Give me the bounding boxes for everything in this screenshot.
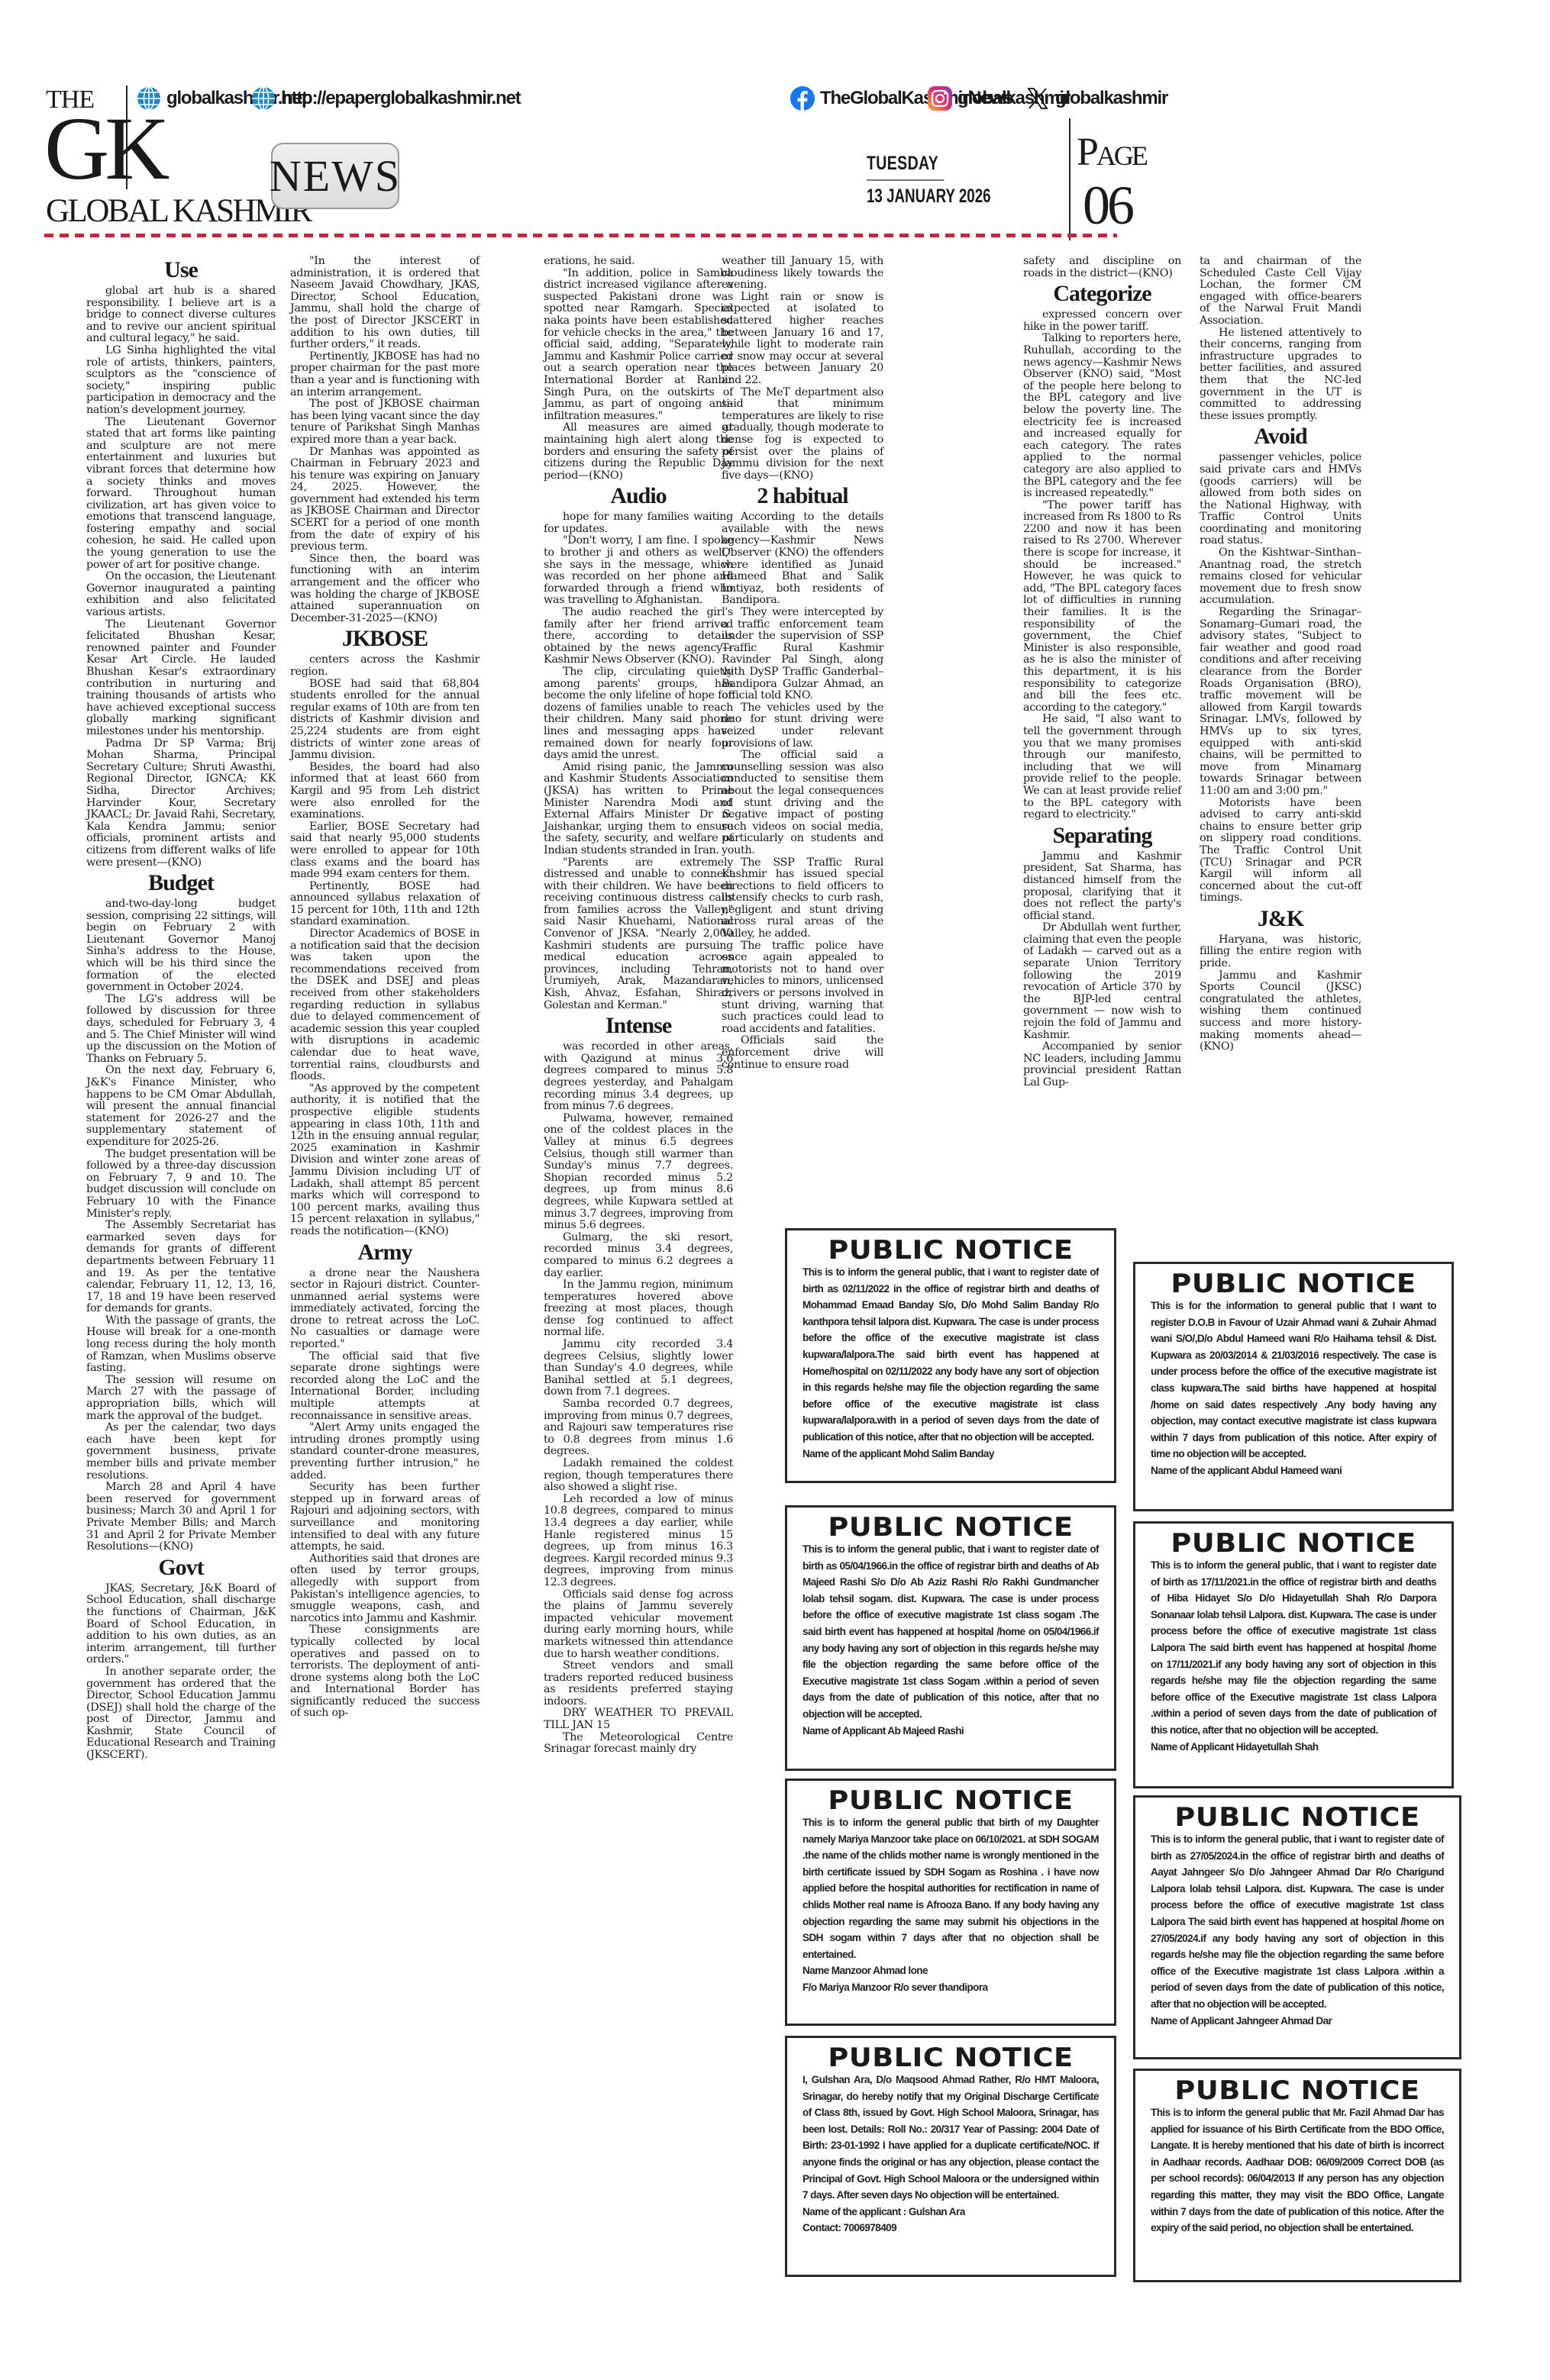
column-6: ta and chairman of the Scheduled Caste C… <box>1200 256 1361 1053</box>
notice-title: PUBLIC NOTICE <box>1139 1530 1448 1557</box>
article-paragraph: weather till January 15, with cloudiness… <box>722 256 883 292</box>
notice-applicant-line: Name of Applicant Ab Majeed Rashi <box>802 1723 1099 1740</box>
public-notice: PUBLIC NOTICEThis is to inform the gener… <box>1133 1795 1461 2059</box>
article-paragraph: The SSP Traffic Rural Kashmir has issued… <box>722 857 883 940</box>
article-paragraph: Dr Abdullah went further, claiming that … <box>1023 922 1181 1041</box>
article-paragraph: and-two-day-long budget session, compris… <box>86 898 276 994</box>
article-paragraph: JKAS, Secretary, J&K Board of School Edu… <box>86 1583 276 1666</box>
article-paragraph: Street vendors and small traders reporte… <box>544 1660 733 1708</box>
article-paragraph: The session will resume on March 27 with… <box>86 1375 276 1422</box>
article-paragraph: In another separate order, the governmen… <box>86 1666 276 1762</box>
page-divider <box>1069 118 1070 240</box>
article-paragraph: The Lieutenant Governor stated that art … <box>86 417 276 572</box>
article-paragraph: Since then, the board was functioning wi… <box>290 553 480 625</box>
public-notice: PUBLIC NOTICEThis is to inform the gener… <box>785 1505 1116 1771</box>
article-paragraph: They were intercepted by a traffic enfor… <box>722 607 883 702</box>
dashed-rule <box>44 234 1117 237</box>
article-paragraph: "In addition, police in Samba district i… <box>544 268 733 423</box>
public-notice: PUBLIC NOTICEThis is to inform the gener… <box>1133 1521 1454 1788</box>
article-paragraph: "Don't worry, I am fine. I spoke to brot… <box>544 535 733 607</box>
article-paragraph: Talking to reporters here, Ruhullah, acc… <box>1023 333 1181 499</box>
notice-applicant-line: Name of the applicant Abdul Hameed wani <box>1151 1463 1436 1479</box>
article-headline: Separating <box>1023 823 1181 849</box>
column-4: weather till January 15, with cloudiness… <box>722 256 883 1071</box>
notice-applicant-line: Name of Applicant Hidayetullah Shah <box>1151 1739 1436 1756</box>
section-badge: NEWS <box>271 143 399 209</box>
article-paragraph: DRY WEATHER TO PREVAIL TILL JAN 15 <box>544 1708 733 1731</box>
article-paragraph: March 28 and April 4 have been reserved … <box>86 1482 276 1553</box>
article-paragraph: "As approved by the competent authority,… <box>290 1083 480 1238</box>
article-paragraph: As per the calendar, two days each have … <box>86 1422 276 1482</box>
notice-title: PUBLIC NOTICE <box>790 1514 1110 1541</box>
column-1: Useglobal art hub is a shared responsibi… <box>86 256 276 1762</box>
article-paragraph: Authorities said that drones are often u… <box>290 1553 480 1625</box>
article-paragraph: In the Jammu region, minimum temperature… <box>544 1279 733 1339</box>
article-headline: Categorize <box>1023 281 1181 307</box>
article-headline: Govt <box>86 1555 276 1581</box>
instagram-icon <box>927 85 953 111</box>
notice-title: PUBLIC NOTICE <box>1139 2077 1456 2104</box>
column-5: safety and discipline on roads in the di… <box>1023 256 1181 1089</box>
article-paragraph: expressed concern over hike in the power… <box>1023 309 1181 333</box>
page-label: PAGE <box>1077 130 1146 175</box>
x-icon <box>1025 85 1051 111</box>
article-paragraph: was recorded in other areas, with Qazigu… <box>544 1041 733 1113</box>
page-label-rest: AGE <box>1096 140 1146 171</box>
article-paragraph: Pertinently, BOSE had announced syllabus… <box>290 881 480 928</box>
social-label: globalkashmir <box>1055 88 1167 109</box>
article-paragraph: "The power tariff has increased from Rs … <box>1023 500 1181 714</box>
article-paragraph: The MeT department also said that minimu… <box>722 387 883 482</box>
notice-title: PUBLIC NOTICE <box>1139 1804 1456 1831</box>
notice-applicant-line: Name of the applicant : Gulshan Ara <box>802 2204 1099 2220</box>
article-paragraph: Gulmarg, the ski resort, recorded minus … <box>544 1232 733 1279</box>
public-notice: PUBLIC NOTICEI, Gulshan Ara, D/o Maqsood… <box>785 2036 1116 2277</box>
globe-icon <box>250 85 276 111</box>
article-paragraph: a drone near the Naushera sector in Rajo… <box>290 1268 480 1351</box>
article-paragraph: Jammu and Kashmir president, Sat Sharma,… <box>1023 851 1181 923</box>
column-3: erations, he said."In addition, police i… <box>544 256 733 1756</box>
masthead: THE GK GLOBAL KASHMIR globalkashmir.net … <box>0 0 1550 244</box>
notice-title: PUBLIC NOTICE <box>790 1787 1110 1814</box>
article-paragraph: On the Kishtwar–Sinthan–Anantnag road, t… <box>1200 547 1361 607</box>
notice-applicant-line: F/o Mariya Manzoor R/o sever thandipora <box>802 1979 1099 1996</box>
article-paragraph: The budget presentation will be followed… <box>86 1149 276 1221</box>
article-paragraph: Leh recorded a low of minus 10.8 degrees… <box>544 1494 733 1589</box>
article-paragraph: Light rain or snow is expected at isolat… <box>722 292 883 387</box>
article-paragraph: Earlier, BOSE Secretary had said that ne… <box>290 821 480 881</box>
article-paragraph: The post of JKBOSE chairman has been lyi… <box>290 398 480 446</box>
logo-divider <box>126 85 128 189</box>
article-paragraph: Motorists have been advised to carry ant… <box>1200 798 1361 905</box>
public-notice: PUBLIC NOTICEThis is for the information… <box>1133 1262 1454 1511</box>
article-headline: Budget <box>86 870 276 896</box>
notice-applicant-line: Name Manzoor Ahmad lone <box>802 1962 1099 1979</box>
article-paragraph: erations, he said. <box>544 256 733 268</box>
article-paragraph: He listened attentively to their concern… <box>1200 327 1361 423</box>
article-headline: J&K <box>1200 906 1361 932</box>
logo-gk: GK <box>44 107 165 191</box>
article-headline: Audio <box>544 483 733 509</box>
date-full: 13 JANUARY 2026 <box>867 185 1012 208</box>
article-paragraph: "In the interest of administration, it i… <box>290 256 480 351</box>
article-paragraph: centers across the Kashmir region. <box>290 654 480 678</box>
article-paragraph: Jammu city recorded 3.4 degrees Celsius,… <box>544 1339 733 1398</box>
public-notice: PUBLIC NOTICEThis is to inform the gener… <box>1133 2069 1461 2282</box>
article-headline: Intense <box>544 1013 733 1039</box>
notice-body: This is to inform the general public tha… <box>802 1814 1099 1962</box>
article-paragraph: Regarding the Srinagar–Sonamarg–Gumari r… <box>1200 607 1361 798</box>
article-paragraph: The official said that five separate dro… <box>290 1351 480 1423</box>
article-paragraph: The official said a counselling session … <box>722 750 883 856</box>
article-paragraph: Officials said the enforcement drive wil… <box>722 1035 883 1071</box>
article-paragraph: safety and discipline on roads in the di… <box>1023 256 1181 279</box>
notice-title: PUBLIC NOTICE <box>790 1237 1110 1264</box>
article-paragraph: hope for many families waiting for updat… <box>544 511 733 535</box>
page-number: 06 <box>1083 174 1132 237</box>
date-block: TUESDAY 13 JANUARY 2026 <box>867 153 1061 208</box>
public-notice: PUBLIC NOTICEThis is to inform the gener… <box>785 1779 1116 2026</box>
article-paragraph: passenger vehicles, police said private … <box>1200 452 1361 547</box>
globe-icon <box>136 85 162 111</box>
column-2: "In the interest of administration, it i… <box>290 256 480 1720</box>
social-link-epaper[interactable]: http://epaperglobalkashmir.net <box>250 85 520 111</box>
article-paragraph: Padma Dr SP Varma; Brij Mohan Sharma, Pr… <box>86 738 276 869</box>
notice-title: PUBLIC NOTICE <box>1139 1270 1448 1298</box>
article-headline: 2 habitual <box>722 483 883 509</box>
page-label-initial: P <box>1077 131 1096 174</box>
article-paragraph: BOSE had said that 68,804 students enrol… <box>290 679 480 762</box>
notice-applicant-line: Name of Applicant Jahngeer Ahmad Dar <box>1151 2013 1444 2030</box>
notice-applicant-line: Name of the applicant Mohd Salim Banday <box>802 1446 1099 1463</box>
article-paragraph: The Meteorological Centre Srinagar forec… <box>544 1732 733 1756</box>
social-label: http://epaperglobalkashmir.net <box>281 88 520 109</box>
article-paragraph: "Parents are extremely distressed and un… <box>544 857 733 1012</box>
article-paragraph: The LG's address will be followed by dis… <box>86 994 276 1066</box>
article-paragraph: The Lieutenant Governor felicitated Bhus… <box>86 619 276 738</box>
article-paragraph: The Assembly Secretariat has earmarked s… <box>86 1220 276 1315</box>
article-paragraph: The audio reached the girl's family afte… <box>544 607 733 666</box>
article-paragraph: The clip, circulating quietly among pare… <box>544 666 733 762</box>
article-paragraph: The traffic police have once again appea… <box>722 940 883 1036</box>
article-paragraph: Besides, the board had also informed tha… <box>290 762 480 821</box>
article-paragraph: Jammu and Kashmir Sports Council (JKSC) … <box>1200 970 1361 1053</box>
article-headline: Avoid <box>1200 424 1361 450</box>
article-paragraph: With the passage of grants, the House wi… <box>86 1315 276 1375</box>
article-paragraph: Security has been further stepped up in … <box>290 1482 480 1553</box>
article-paragraph: LG Sinha highlighted the vital role of a… <box>86 345 276 417</box>
article-paragraph: global art hub is a shared responsibilit… <box>86 285 276 345</box>
article-paragraph: Director Academics of BOSE in a notifica… <box>290 928 480 1083</box>
facebook-icon <box>790 85 815 111</box>
article-paragraph: According to the details available with … <box>722 511 883 607</box>
article-headline: JKBOSE <box>290 626 480 652</box>
notice-body: This is to inform the general public, th… <box>802 1541 1099 1723</box>
notice-applicant-line: Contact: 7006978409 <box>802 2220 1099 2236</box>
article-paragraph: Amid rising panic, the Jammu and Kashmir… <box>544 762 733 857</box>
article-paragraph: He said, "I also want to tell the govern… <box>1023 714 1181 821</box>
article-paragraph: On the next day, February 6, J&K's Finan… <box>86 1065 276 1148</box>
article-paragraph: Samba recorded 0.7 degrees, improving fr… <box>544 1398 733 1458</box>
article-paragraph: Pulwama, however, remained one of the co… <box>544 1113 733 1232</box>
article-paragraph: Pertinently, JKBOSE has had no proper ch… <box>290 351 480 398</box>
article-paragraph: Dr Manhas was appointed as Chairman in F… <box>290 447 480 553</box>
notice-title: PUBLIC NOTICE <box>790 2044 1110 2072</box>
article-paragraph: Ladakh remained the coldest region, thou… <box>544 1458 733 1494</box>
article-paragraph: The vehicles used by the duo for stunt d… <box>722 702 883 750</box>
article-paragraph: On the occasion, the Lieutenant Governor… <box>86 571 276 618</box>
article-paragraph: Accompanied by senior NC leaders, includ… <box>1023 1041 1181 1088</box>
article-paragraph: ta and chairman of the Scheduled Caste C… <box>1200 256 1361 327</box>
notice-body: This is to inform the general public, th… <box>1151 1557 1436 1739</box>
date-day: TUESDAY <box>867 153 944 181</box>
article-paragraph: "Alert Army units engaged the intruding … <box>290 1422 480 1482</box>
article-headline: Use <box>86 257 276 283</box>
public-notice: PUBLIC NOTICEThis is to inform the gener… <box>785 1228 1116 1483</box>
article-paragraph: All measures are aimed at maintaining hi… <box>544 422 733 482</box>
article-paragraph: Officials said dense fog across the plai… <box>544 1589 733 1661</box>
notice-body: I, Gulshan Ara, D/o Maqsood Ahmad Rather… <box>802 2072 1099 2204</box>
article-headline: Army <box>290 1240 480 1266</box>
notice-body: This is to inform the general public, th… <box>802 1264 1099 1446</box>
social-link-x[interactable]: globalkashmir <box>1025 85 1167 111</box>
notice-body: This is to inform the general public tha… <box>1151 2104 1444 2236</box>
article-paragraph: These consignments are typically collect… <box>290 1624 480 1720</box>
article-paragraph: Haryana, was historic, filling the entir… <box>1200 934 1361 970</box>
notice-body: This is for the information to general p… <box>1151 1298 1436 1463</box>
notice-body: This is to inform the general public, th… <box>1151 1831 1444 2013</box>
